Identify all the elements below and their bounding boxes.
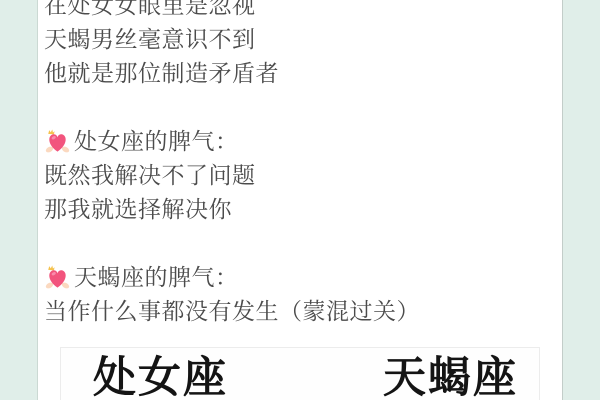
right-margin-strip bbox=[562, 0, 600, 400]
zodiac-comparison-card: 处女座 天蝎座 bbox=[60, 347, 540, 400]
scorpio-temper-heading: 天蝎座的脾气： bbox=[44, 260, 562, 294]
heart-with-hands-icon bbox=[44, 264, 71, 291]
scorpio-temper-line-1: 当作什么事都没有发生（蒙混过关） bbox=[44, 294, 562, 328]
page: 在处女女眼里是忽视 天蝎男丝毫意识不到 他就是那位制造矛盾者 处女座的脾气： 既… bbox=[0, 0, 600, 400]
virgo-temper-heading-label: 处女座的脾气： bbox=[74, 124, 239, 158]
intro-line-1: 在处女女眼里是忽视 bbox=[44, 0, 562, 22]
virgo-card-title: 处女座 bbox=[93, 357, 228, 400]
text-block: 在处女女眼里是忽视 天蝎男丝毫意识不到 他就是那位制造矛盾者 处女座的脾气： 既… bbox=[44, 0, 562, 328]
left-margin-strip bbox=[0, 0, 38, 400]
virgo-temper-line-1: 既然我解决不了问题 bbox=[44, 158, 562, 192]
blank-line bbox=[44, 226, 562, 260]
scorpio-card-title: 天蝎座 bbox=[383, 357, 518, 400]
blank-line bbox=[44, 90, 562, 124]
intro-line-2: 天蝎男丝毫意识不到 bbox=[44, 22, 562, 56]
content-column: 在处女女眼里是忽视 天蝎男丝毫意识不到 他就是那位制造矛盾者 处女座的脾气： 既… bbox=[38, 0, 562, 400]
scorpio-temper-heading-label: 天蝎座的脾气： bbox=[74, 260, 239, 294]
virgo-temper-heading: 处女座的脾气： bbox=[44, 124, 562, 158]
intro-line-3: 他就是那位制造矛盾者 bbox=[44, 56, 562, 90]
heart-with-hands-icon bbox=[44, 128, 71, 155]
virgo-temper-line-2: 那我就选择解决你 bbox=[44, 192, 562, 226]
